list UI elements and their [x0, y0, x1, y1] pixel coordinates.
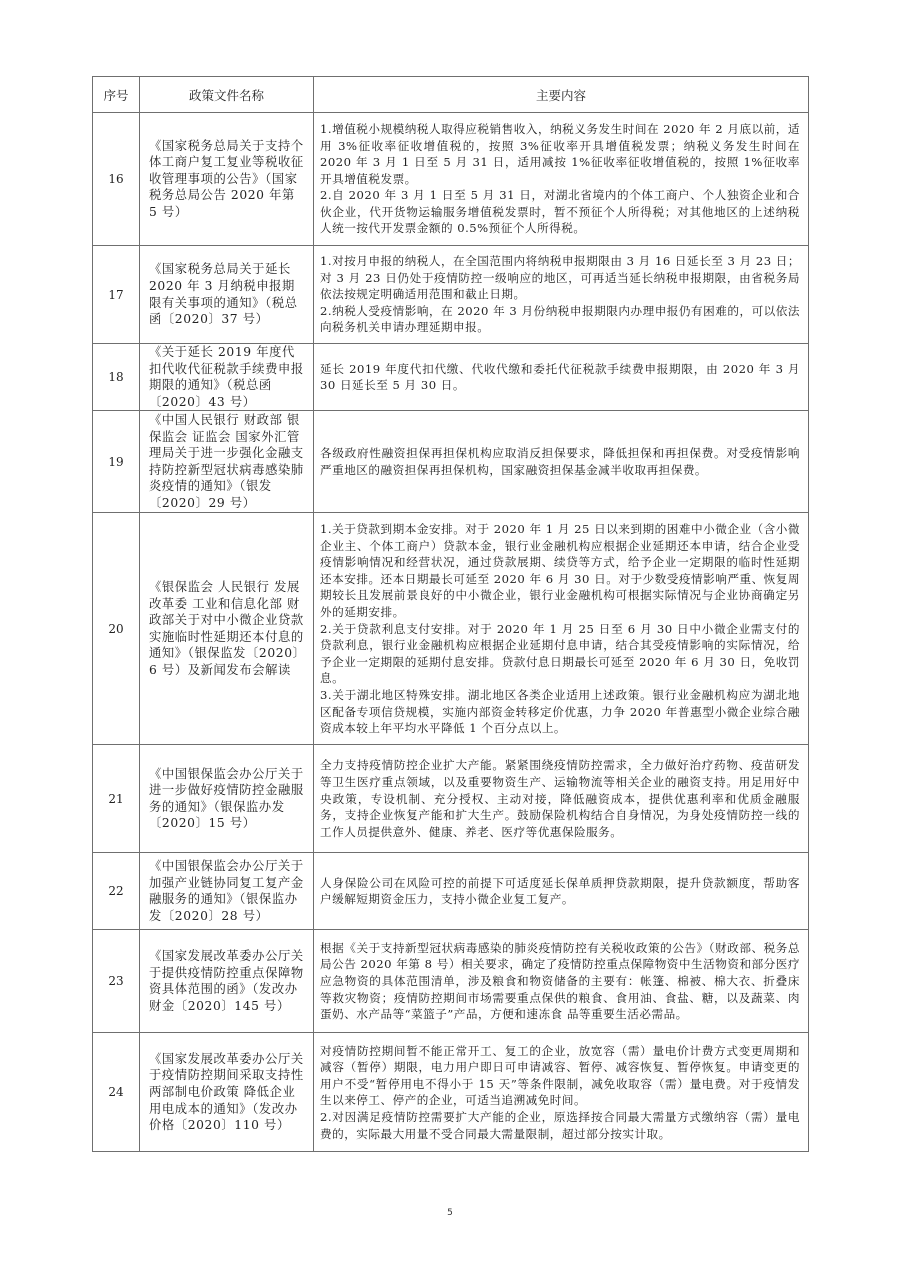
row-index: 23 [93, 930, 140, 1033]
policy-content: 延长 2019 年度代扣代缴、代收代缴和委托代征税款手续费申报期限，由 2020… [314, 344, 809, 411]
policy-content: 各级政府性融资担保再担保机构应取消反担保要求，降低担保和再担保费。对受疫情影响严… [314, 411, 809, 513]
row-index: 24 [93, 1033, 140, 1152]
policy-name: 《银保监会 人民银行 发展改革委 工业和信息化部 财政部关于对中小微企业贷款实施… [140, 513, 314, 745]
row-index: 20 [93, 513, 140, 745]
policy-content: 1.增值税小规模纳税人取得应税销售收入，纳税义务发生时间在 2020 年 2 月… [314, 113, 809, 246]
policy-name: 《国家税务总局关于支持个体工商户复工复业等税收征收管理事项的公告》（国家税务总局… [140, 113, 314, 246]
table-row: 22 《中国银保监会办公厅关于加强产业链协同复工复产金融服务的通知》（银保监办发… [93, 853, 809, 930]
row-index: 21 [93, 745, 140, 853]
policy-name: 《中国人民银行 财政部 银保监会 证监会 国家外汇管理局关于进一步强化金融支持防… [140, 411, 314, 513]
policy-table: 序号 政策文件名称 主要内容 16 《国家税务总局关于支持个体工商户复工复业等税… [92, 76, 809, 1152]
content-paragraph: 人身保险公司在风险可控的前提下可适度延长保单质押贷款期限，提升贷款额度，帮助客户… [320, 875, 800, 908]
policy-content: 全力支持疫情防控企业扩大产能。紧紧围绕疫情防控需求，全力做好治疗药物、疫苗研发等… [314, 745, 809, 853]
content-paragraph: 2.纳税人受疫情影响，在 2020 年 3 月份纳税申报期限内办理申报仍有困难的… [320, 303, 800, 336]
row-index: 17 [93, 246, 140, 344]
row-index: 19 [93, 411, 140, 513]
policy-content: 对疫情防控期间暂不能正常开工、复工的企业，放宽容（需）量电价计费方式变更周期和减… [314, 1033, 809, 1152]
table-row: 17 《国家税务总局关于延长 2020 年 3 月纳税申报期限有关事项的通知》（… [93, 246, 809, 344]
content-paragraph: 2.对因满足疫情防控需要扩大产能的企业，原选择按合同最大需量方式缴纳容（需）量电… [320, 1109, 800, 1142]
policy-content: 人身保险公司在风险可控的前提下可适度延长保单质押贷款期限，提升贷款额度，帮助客户… [314, 853, 809, 930]
table-row: 16 《国家税务总局关于支持个体工商户复工复业等税收征收管理事项的公告》（国家税… [93, 113, 809, 246]
policy-content: 根据《关于支持新型冠状病毒感染的肺炎疫情防控有关税收政策的公告》（财政部、税务总… [314, 930, 809, 1033]
table-row: 21 《中国银保监会办公厅关于进一步做好疫情防控金融服务的通知》（银保监办发〔2… [93, 745, 809, 853]
policy-name: 《国家税务总局关于延长 2020 年 3 月纳税申报期限有关事项的通知》（税总函… [140, 246, 314, 344]
header-policy-name: 政策文件名称 [140, 77, 314, 113]
page-number: 5 [0, 1208, 900, 1218]
content-paragraph: 对疫情防控期间暂不能正常开工、复工的企业，放宽容（需）量电价计费方式变更周期和减… [320, 1043, 800, 1109]
policy-content: 1.对按月申报的纳税人，在全国范围内将纳税申报期限由 3 月 16 日延长至 3… [314, 246, 809, 344]
content-paragraph: 全力支持疫情防控企业扩大产能。紧紧围绕疫情防控需求，全力做好治疗药物、疫苗研发等… [320, 757, 800, 840]
table-row: 20 《银保监会 人民银行 发展改革委 工业和信息化部 财政部关于对中小微企业贷… [93, 513, 809, 745]
table-row: 23 《国家发展改革委办公厅关于提供疫情防控重点保障物资具体范围的函》（发改办财… [93, 930, 809, 1033]
policy-content: 1.关于贷款到期本金安排。对于 2020 年 1 月 25 日以来到期的困难中小… [314, 513, 809, 745]
table-row: 24 《国家发展改革委办公厅关于疫情防控期间采取支持性两部制电价政策 降低企业用… [93, 1033, 809, 1152]
header-index: 序号 [93, 77, 140, 113]
policy-name: 《中国银保监会办公厅关于进一步做好疫情防控金融服务的通知》（银保监办发〔2020… [140, 745, 314, 853]
content-paragraph: 1.关于贷款到期本金安排。对于 2020 年 1 月 25 日以来到期的困难中小… [320, 521, 800, 621]
table-header-row: 序号 政策文件名称 主要内容 [93, 77, 809, 113]
document-page: 序号 政策文件名称 主要内容 16 《国家税务总局关于支持个体工商户复工复业等税… [0, 0, 900, 1274]
content-paragraph: 1.对按月申报的纳税人，在全国范围内将纳税申报期限由 3 月 16 日延长至 3… [320, 253, 800, 303]
row-index: 18 [93, 344, 140, 411]
policy-name: 《国家发展改革委办公厅关于疫情防控期间采取支持性两部制电价政策 降低企业用电成本… [140, 1033, 314, 1152]
row-index: 22 [93, 853, 140, 930]
policy-name: 《关于延长 2019 年度代扣代收代征税款手续费申报期限的通知》（税总函〔202… [140, 344, 314, 411]
content-paragraph: 各级政府性融资担保再担保机构应取消反担保要求，降低担保和再担保费。对受疫情影响严… [320, 445, 800, 478]
content-paragraph: 根据《关于支持新型冠状病毒感染的肺炎疫情防控有关税收政策的公告》（财政部、税务总… [320, 940, 800, 1023]
content-paragraph: 延长 2019 年度代扣代缴、代收代缴和委托代征税款手续费申报期限，由 2020… [320, 361, 800, 394]
content-paragraph: 2.自 2020 年 3 月 1 日至 5 月 31 日，对湖北省境内的个体工商… [320, 187, 800, 237]
table-row: 19 《中国人民银行 财政部 银保监会 证监会 国家外汇管理局关于进一步强化金融… [93, 411, 809, 513]
header-main-content: 主要内容 [314, 77, 809, 113]
content-paragraph: 2.关于贷款利息支付安排。对于 2020 年 1 月 25 日至 6 月 30 … [320, 621, 800, 687]
policy-name: 《国家发展改革委办公厅关于提供疫情防控重点保障物资具体范围的函》（发改办财金〔2… [140, 930, 314, 1033]
content-paragraph: 3.关于湖北地区特殊安排。湖北地区各类企业适用上述政策。银行业金融机构应为湖北地… [320, 687, 800, 737]
policy-name: 《中国银保监会办公厅关于加强产业链协同复工复产金融服务的通知》（银保监办发〔20… [140, 853, 314, 930]
row-index: 16 [93, 113, 140, 246]
table-row: 18 《关于延长 2019 年度代扣代收代征税款手续费申报期限的通知》（税总函〔… [93, 344, 809, 411]
content-paragraph: 1.增值税小规模纳税人取得应税销售收入，纳税义务发生时间在 2020 年 2 月… [320, 121, 800, 187]
